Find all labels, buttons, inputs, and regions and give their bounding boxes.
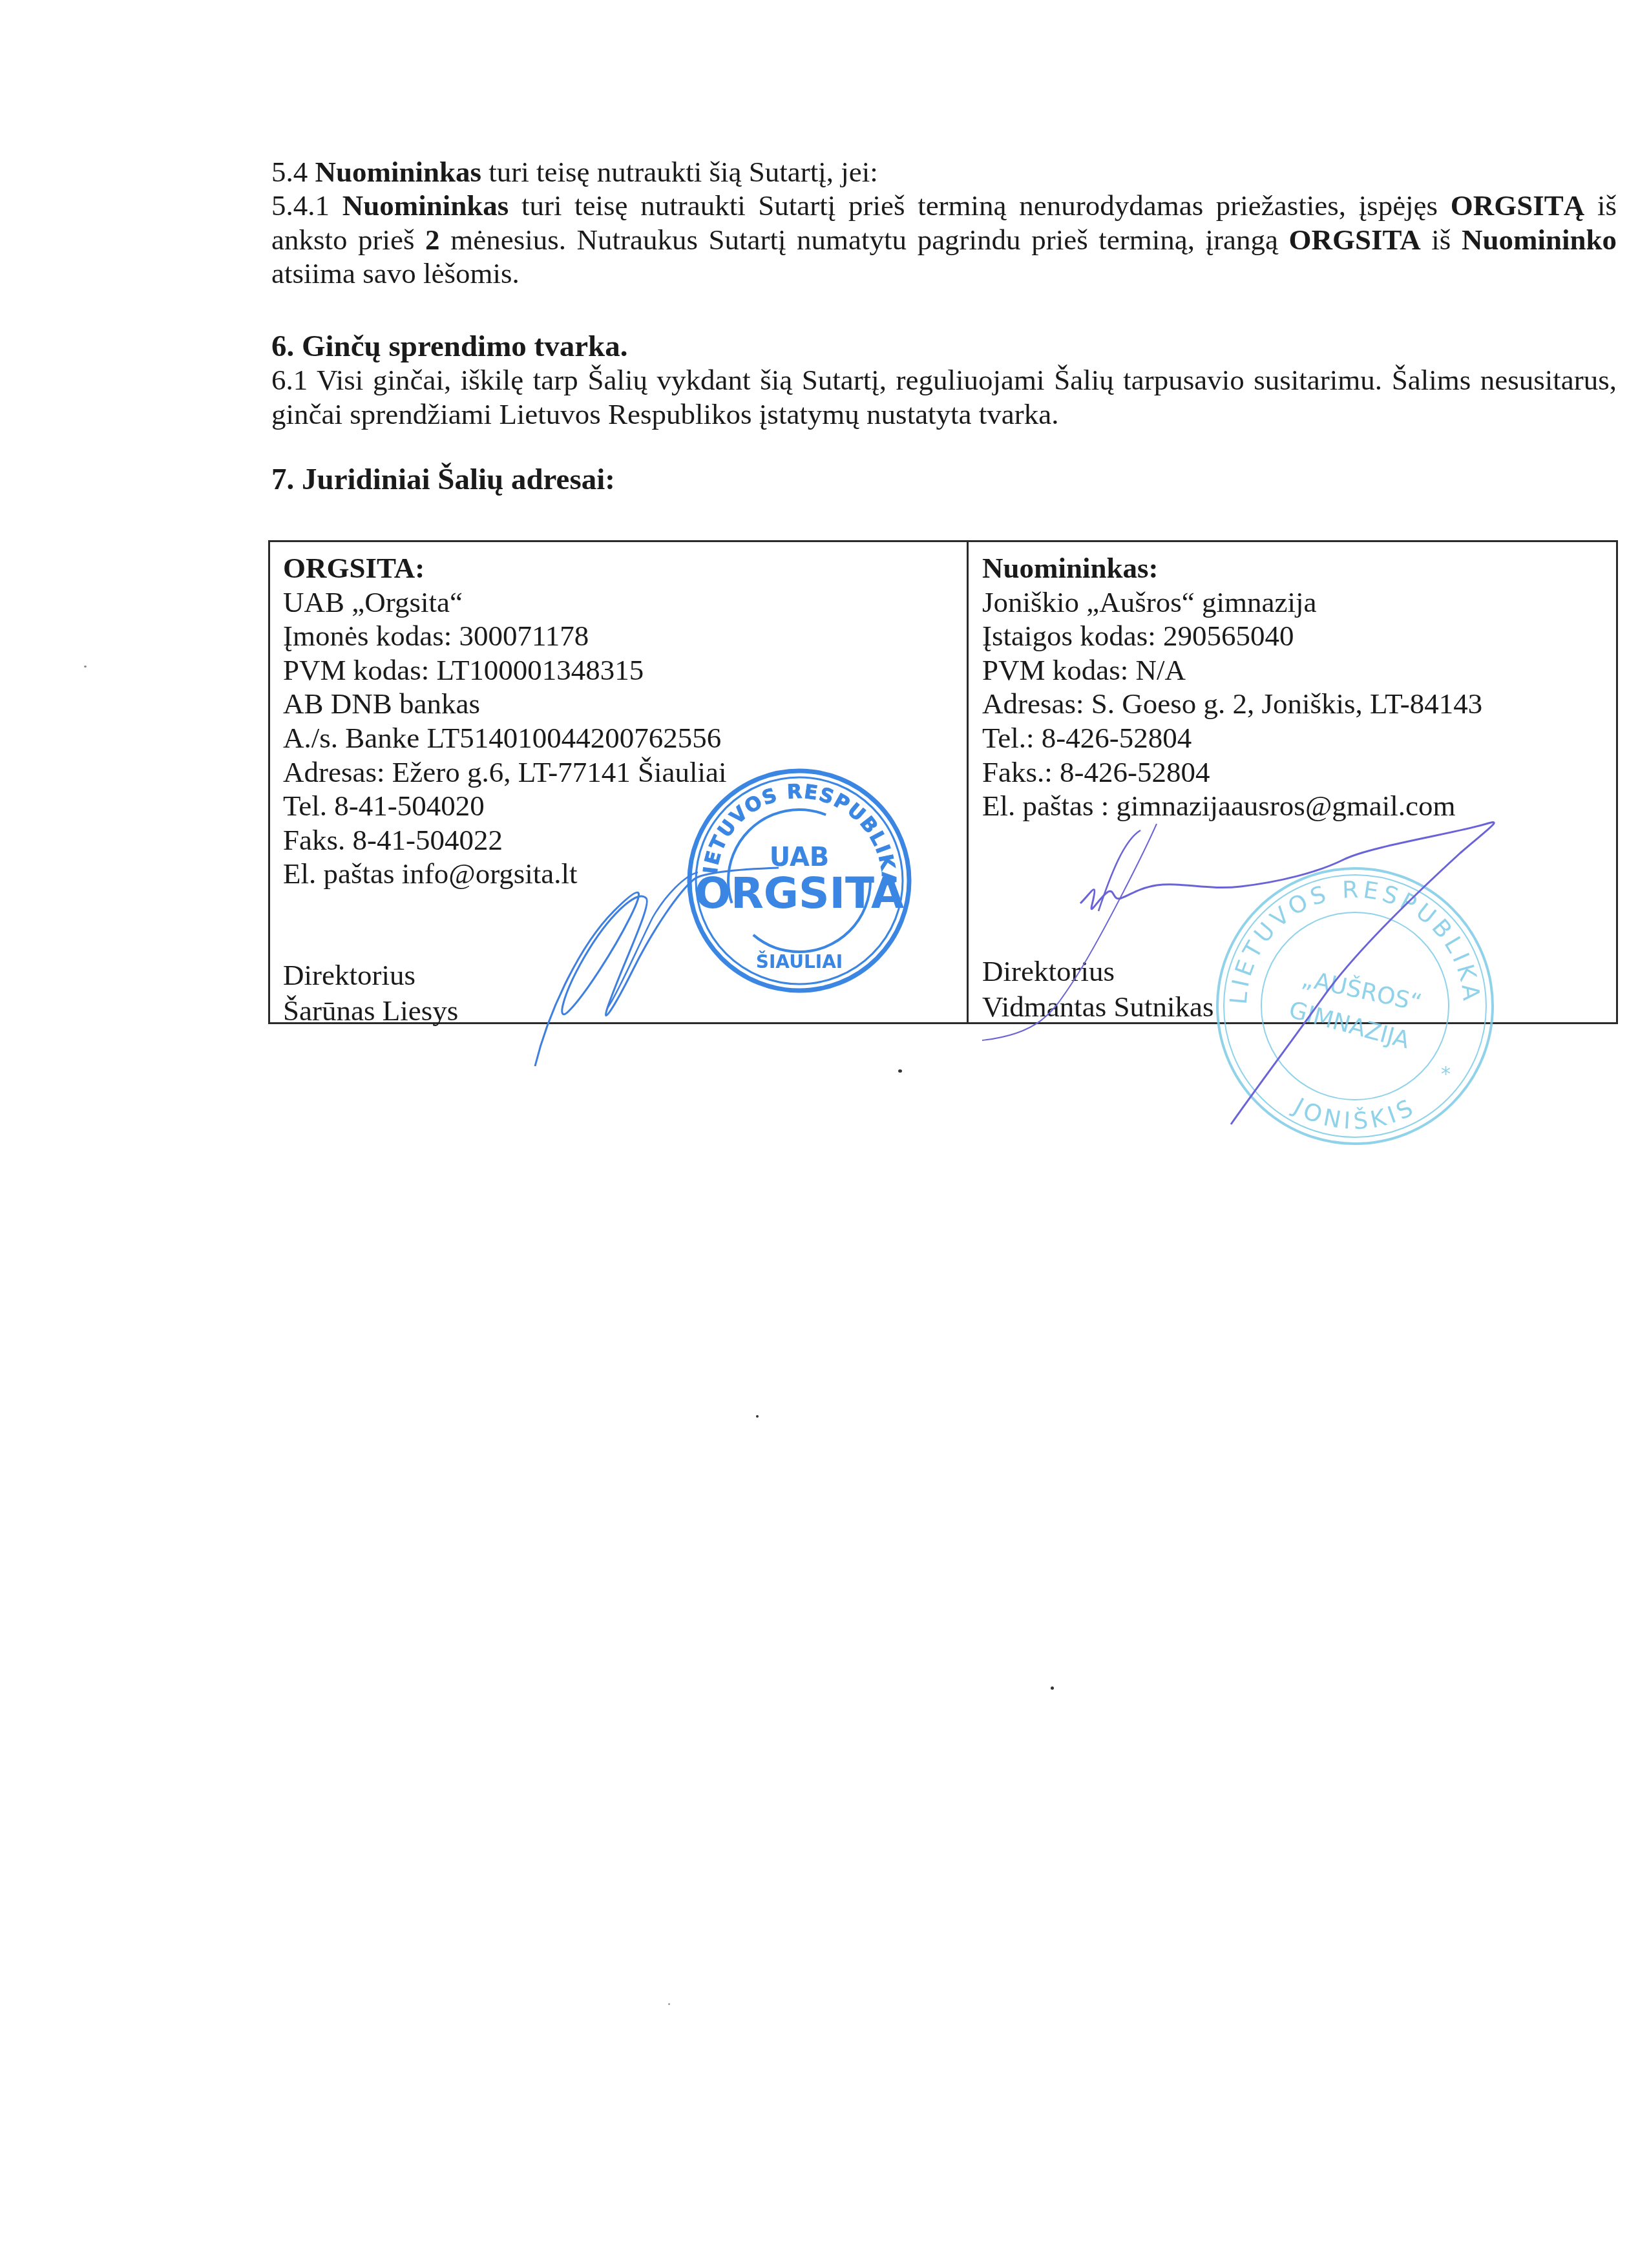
lessor-line: Tel. 8-41-504020 [283,789,955,823]
lessor-column: ORGSITA: UAB „Orgsita“ Įmonės kodas: 300… [283,551,955,891]
lessee-signatory: Direktorius Vidmantas Sutnikas [982,954,1214,1025]
lessee-line: Faks.: 8-426-52804 [982,755,1609,790]
lessor-line: Įmonės kodas: 300071178 [283,619,955,653]
svg-text:JONIŠKIS: JONIŠKIS [1288,1093,1420,1135]
scan-speck [756,1415,759,1418]
bold-term: Nuomininkas [315,156,482,188]
clause-number: 5.4 [271,156,315,188]
stamps-and-signatures: LIETUVOS RESPUBLIKA UAB ORGSITA ŠIAULIAI… [0,0,1649,2268]
scan-speck [84,666,87,667]
column-divider [967,542,969,1022]
lessor-line: A./s. Banke LT514010044200762556 [283,721,955,755]
lessor-line: AB DNB bankas [283,687,955,721]
clause-text: turi teisę nutraukti šią Sutartį, jei: [481,156,878,188]
clause-text: atsiima savo lėšomis. [271,257,520,289]
clause-text: turi teisę nutraukti Sutartį prieš termi… [509,189,1450,222]
lessee-line: Įstaigos kodas: 290565040 [982,619,1609,653]
clause-6-1: 6.1 Visi ginčai, iškilę tarp Šalių vykda… [271,363,1617,431]
lessee-title: Nuomininkas: [982,551,1609,585]
scan-speck [1051,1686,1054,1690]
lessee-line: Adresas: S. Goeso g. 2, Joniškis, LT-841… [982,687,1609,721]
bold-term: 2 [425,224,440,256]
lessee-column: Nuomininkas: Joniškio „Aušros“ gimnazija… [982,551,1609,823]
lessor-line: Adresas: Ežero g.6, LT-77141 Šiauliai [283,755,955,790]
clause-number: 5.4.1 [271,189,342,222]
lessee-line: PVM kodas: N/A [982,653,1609,688]
scan-speck [668,2003,670,2005]
parties-address-table: ORGSITA: UAB „Orgsita“ Įmonės kodas: 300… [268,540,1618,1024]
bold-term: ORGSITĄ [1451,189,1585,222]
lessor-signatory-name: Šarūnas Liesys [283,993,458,1029]
bold-term: ORGSITA [1289,224,1421,256]
scan-speck [898,1069,902,1073]
document-page: 5.4 Nuomininkas turi teisę nutraukti šią… [0,0,1649,2268]
section-6-heading: 6. Ginčų sprendimo tvarka. [271,330,627,364]
lessee-line: Joniškio „Aušros“ gimnazija [982,585,1609,620]
lessor-line: Faks. 8-41-504022 [283,823,955,857]
clause-text: iš [1421,224,1462,256]
section-7-heading: 7. Juridiniai Šalių adresai: [271,463,615,497]
lessee-line: Tel.: 8-426-52804 [982,721,1609,755]
clause-5-4-1: 5.4.1 Nuomininkas turi teisę nutraukti S… [271,189,1617,291]
bold-term: Nuomininko [1462,224,1617,256]
lessor-signatory: Direktorius Šarūnas Liesys [283,958,458,1029]
svg-text:*: * [1441,1063,1451,1086]
lessee-signatory-name: Vidmantas Sutnikas [982,989,1214,1025]
clause-text: mėnesius. Nutraukus Sutartį numatytu pag… [440,224,1289,256]
lessor-role: Direktorius [283,958,458,993]
lessee-role: Direktorius [982,954,1214,989]
lessor-title: ORGSITA: [283,551,955,585]
lessee-email: El. paštas : gimnazijaausros@gmail.com [982,789,1609,823]
lessor-line: PVM kodas: LT100001348315 [283,653,955,688]
bold-term: Nuomininkas [342,189,509,222]
lessor-email: El. paštas info@orgsita.lt [283,857,955,891]
lessor-line: UAB „Orgsita“ [283,585,955,620]
clause-5-4: 5.4 Nuomininkas turi teisę nutraukti šią… [271,155,1617,189]
